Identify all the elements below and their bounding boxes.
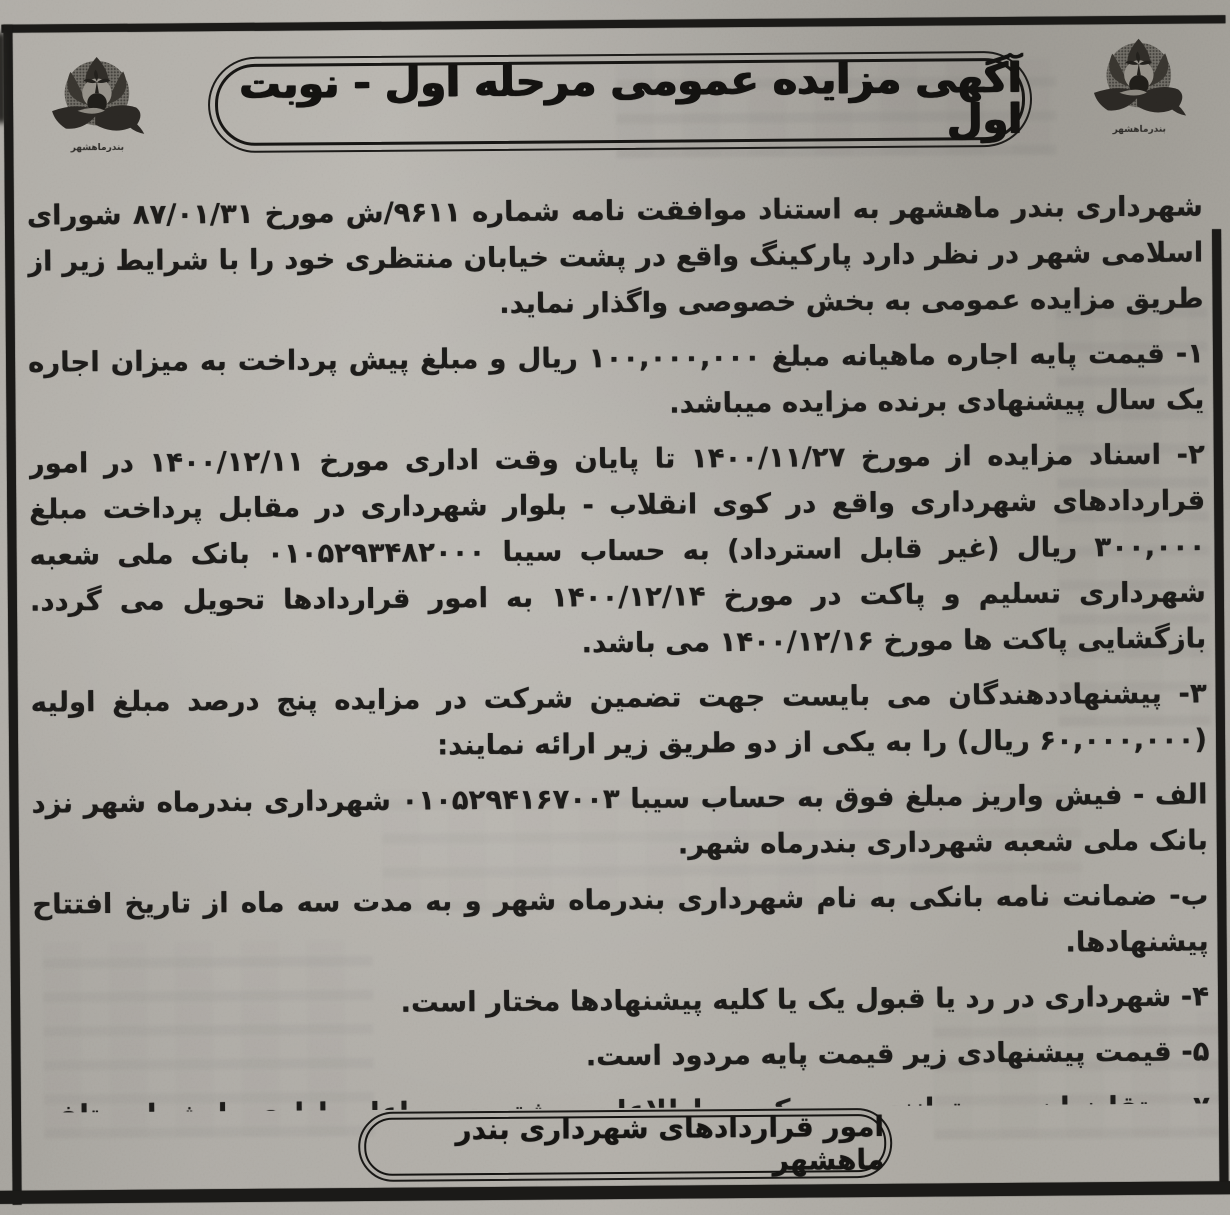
frame-rule-top xyxy=(1,15,1225,33)
clause-2: ۲- اسناد مزایده از مورخ ۱۴۰۰/۱۱/۲۷ تا پا… xyxy=(29,431,1207,670)
clause-7: ۷- متقاضیان می توانند جهت کسب اطلاعات بی… xyxy=(34,1083,1210,1112)
ad-body: شهرداری بندر ماهشهر به استناد موافقت نام… xyxy=(27,183,1210,1112)
ad-title: آگهی مزایده عمومی مرحله اول - نوبت اول xyxy=(218,58,1023,146)
footer-label: امور قراردادهای شهرداری بندر ماهشهر xyxy=(366,1110,885,1180)
ad-title-box-inner: آگهی مزایده عمومی مرحله اول - نوبت اول xyxy=(215,58,1026,146)
clause-3-option-a: الف - فیش واریز مبلغ فوق به حساب سیبا ۰۱… xyxy=(31,771,1208,872)
newspaper-ad-page: بندرماهشهر بندرماهشهر آگهی مزایده عمومی … xyxy=(0,0,1230,1215)
footer-box-inner: امور قراردادهای شهرداری بندر ماهشهر xyxy=(364,1114,886,1176)
clause-1: ۱- قیمت پایه اجاره ماهیانه مبلغ ۱۰۰,۰۰۰,… xyxy=(28,330,1205,431)
logo-caption: بندرماهشهر xyxy=(36,143,158,154)
logo-caption: بندرماهشهر xyxy=(1078,124,1200,135)
municipality-logo-right: بندرماهشهر xyxy=(1078,33,1201,135)
clause-4: ۴- شهرداری در رد یا قبول یک یا کلیه پیشن… xyxy=(33,973,1209,1028)
frame-rule-left xyxy=(3,25,21,1205)
frame-rule-bottom xyxy=(0,1181,1230,1204)
clause-3: ۳- پیشنهاددهندگان می بایست جهت تضمین شرک… xyxy=(31,670,1208,771)
municipality-logo-left: بندرماهشهر xyxy=(36,52,159,154)
frame-rule-right xyxy=(1212,229,1229,1187)
clause-5: ۵- قیمت پیشنهادی زیر قیمت پایه مردود است… xyxy=(33,1028,1209,1083)
municipality-emblem-icon xyxy=(38,52,157,143)
clause-3-option-b: ب- ضمانت نامه بانکی به نام شهرداری بندرم… xyxy=(32,872,1209,973)
municipality-emblem-icon xyxy=(1080,33,1199,124)
intro-paragraph: شهرداری بندر ماهشهر به استناد موافقت نام… xyxy=(27,183,1204,330)
ad-title-box: آگهی مزایده عمومی مرحله اول - نوبت اول xyxy=(208,51,1033,153)
footer-box: امور قراردادهای شهرداری بندر ماهشهر xyxy=(358,1108,893,1182)
scan-edge-smudge xyxy=(0,33,6,123)
